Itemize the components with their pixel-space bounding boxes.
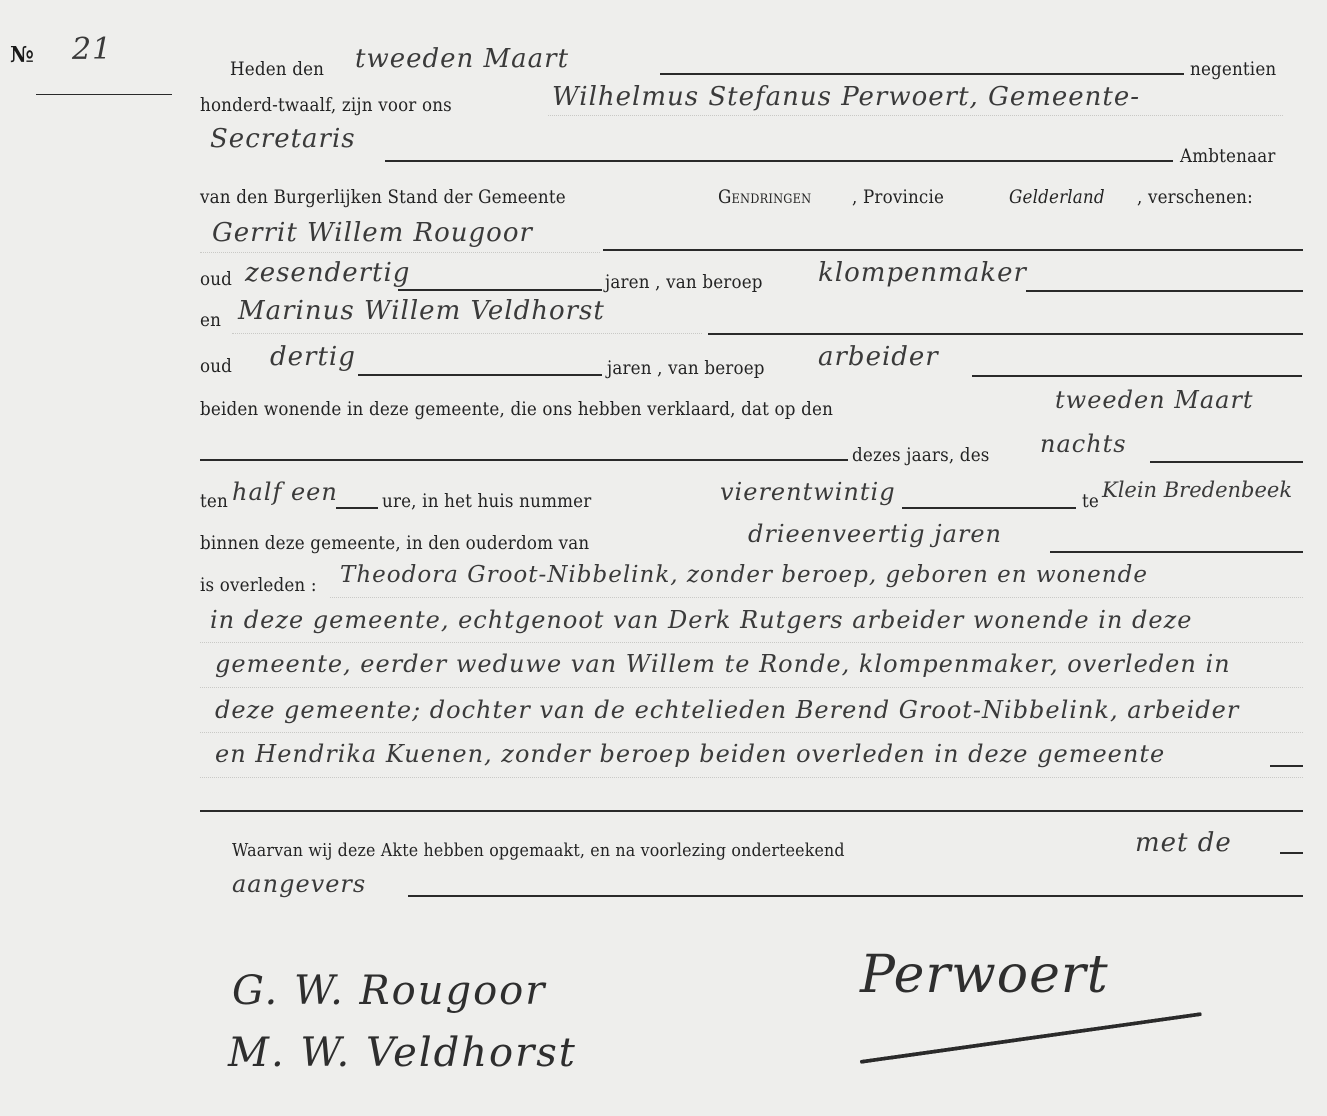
- hw-aangevers: aangevers: [232, 870, 366, 898]
- printed-oud: oud: [200, 355, 232, 377]
- hw-age-deceased: drieenveertig jaren: [748, 520, 1002, 548]
- signature-witness1: G. W. Rougoor: [232, 968, 546, 1014]
- fill-rule: [200, 810, 1303, 812]
- signature-official: Perwoert: [860, 945, 1109, 1005]
- printed-en: en: [200, 309, 221, 331]
- hw-deceased-line3: gemeente, eerder weduwe van Willem te Ro…: [215, 650, 1231, 678]
- guide-line: [200, 642, 1303, 643]
- printed-binnen-deze-gemeente: binnen deze gemeente, in den ouderdom va…: [200, 532, 589, 554]
- hw-time-of-day: nachts: [1040, 430, 1127, 458]
- hw-official-name: Wilhelmus Stefanus Perwoert, Gemeente-: [552, 82, 1140, 112]
- printed-province: Gelderland: [1009, 186, 1105, 208]
- printed-waarvan: Waarvan wij deze Akte hebben opgemaakt, …: [232, 840, 845, 861]
- fill-rule: [1150, 461, 1303, 463]
- death-certificate-page: № 21 Heden den tweeden Maart negentien h…: [0, 0, 1327, 1116]
- fill-rule: [1270, 765, 1303, 767]
- guide-line: [200, 252, 600, 253]
- hw-deceased-line4: deze gemeente; dochter van de echteliede…: [215, 696, 1239, 724]
- printed-heden-den: Heden den: [230, 58, 324, 80]
- fill-rule: [385, 160, 1173, 162]
- record-number: 21: [72, 32, 112, 67]
- fill-rule: [708, 333, 1303, 335]
- fill-rule: [358, 374, 602, 376]
- signature-flourish: [860, 1012, 1202, 1064]
- hw-witness1-age: zesendertig: [245, 258, 410, 288]
- fill-rule: [336, 507, 378, 509]
- number-sign: №: [10, 42, 34, 68]
- printed-te: te: [1082, 490, 1099, 512]
- fill-rule: [1026, 290, 1303, 292]
- guide-line: [200, 687, 1303, 688]
- hw-hour: half een: [232, 478, 338, 506]
- guide-line: [200, 777, 1303, 778]
- printed-municipality: Gendringen: [718, 186, 811, 208]
- fill-rule: [1050, 551, 1303, 553]
- printed-honderd-twaalf: honderd-twaalf, zijn voor ons: [200, 94, 452, 116]
- guide-line: [548, 115, 1283, 116]
- hw-deceased-line2: in deze gemeente, echtgenoot van Derk Ru…: [210, 606, 1192, 634]
- hw-witness2-age: dertig: [270, 342, 356, 372]
- printed-jaren-beroep: jaren , van beroep: [605, 271, 763, 293]
- fill-rule: [1280, 852, 1303, 854]
- printed-beiden-wonende: beiden wonende in deze gemeente, die ons…: [200, 398, 833, 420]
- hw-house-number: vierentwintig: [720, 478, 896, 506]
- guide-line: [232, 333, 702, 334]
- printed-ten: ten: [200, 490, 228, 512]
- printed-jaren-beroep: jaren , van beroep: [607, 357, 765, 379]
- printed-is-overleden: is overleden :: [200, 574, 317, 596]
- fill-rule: [603, 249, 1303, 251]
- fill-rule: [660, 73, 1184, 75]
- printed-dezes-jaars: dezes jaars, des: [852, 444, 990, 466]
- printed-ambtenaar: Ambtenaar: [1180, 145, 1276, 167]
- hw-official-title: Secretaris: [210, 124, 356, 154]
- hw-met-de: met de: [1135, 828, 1232, 858]
- hw-witness1-name: Gerrit Willem Rougoor: [212, 218, 533, 248]
- hw-witness2-occupation: arbeider: [818, 342, 939, 372]
- hw-place: Klein Bredenbeek: [1102, 478, 1292, 502]
- hw-death-date: tweeden Maart: [1055, 386, 1254, 414]
- signature-witness2: M. W. Veldhorst: [228, 1030, 577, 1076]
- printed-ure-huis-nummer: ure, in het huis nummer: [382, 490, 591, 512]
- fill-rule: [902, 507, 1076, 509]
- hw-deceased-line5: en Hendrika Kuenen, zonder beroep beiden…: [215, 740, 1165, 768]
- printed-oud: oud: [200, 268, 232, 290]
- printed-verschenen: , verschenen:: [1137, 186, 1253, 208]
- fill-rule: [408, 895, 1303, 897]
- fill-rule: [398, 289, 602, 291]
- hw-witness1-occupation: klompenmaker: [818, 258, 1027, 288]
- guide-line: [330, 597, 1303, 598]
- fill-rule: [200, 459, 848, 461]
- hw-witness2-name: Marinus Willem Veldhorst: [238, 296, 605, 326]
- fill-rule: [972, 375, 1302, 377]
- printed-provincie: , Provincie: [852, 186, 944, 208]
- hw-date: tweeden Maart: [355, 44, 569, 74]
- margin-rule: [36, 94, 172, 95]
- printed-burgerlijke-stand: van den Burgerlijken Stand der Gemeente: [200, 186, 566, 208]
- hw-deceased-line1: Theodora Groot-Nibbelink, zonder beroep,…: [340, 562, 1148, 588]
- printed-negentien: negentien: [1190, 58, 1276, 80]
- guide-line: [200, 732, 1303, 733]
